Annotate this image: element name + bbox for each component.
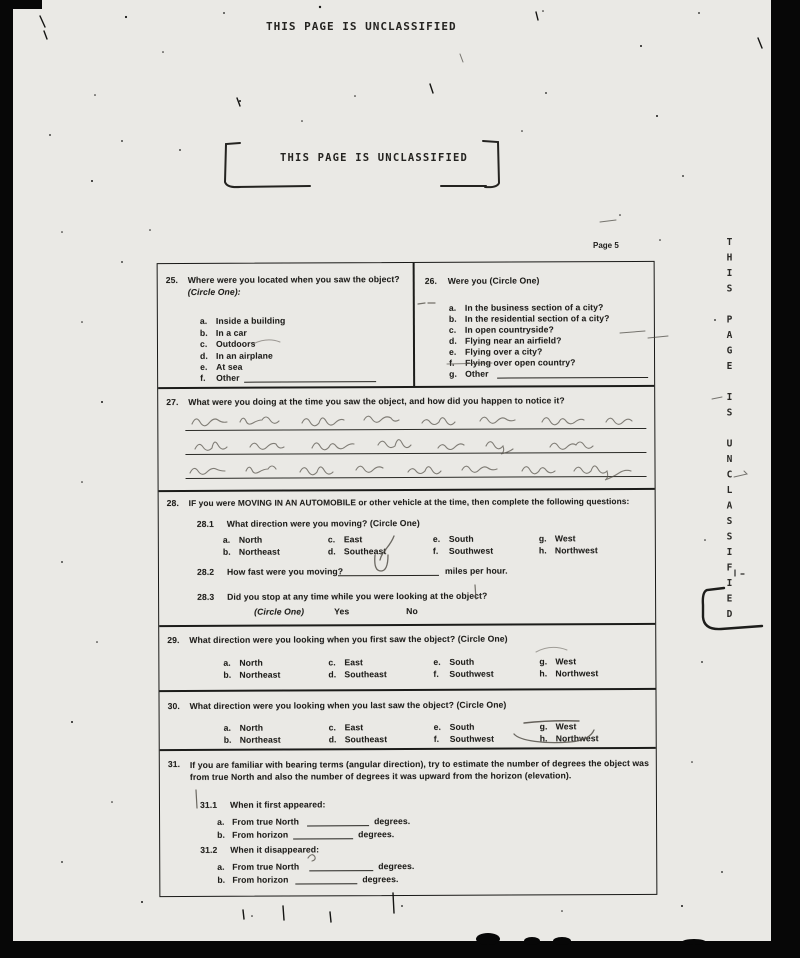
q27-answer-rule (185, 452, 646, 455)
q31-1b-key: b. (217, 830, 225, 840)
q28-1-text: What direction were you moving? (Circle … (227, 518, 420, 529)
q31-1-text: When it first appeared: (230, 799, 325, 809)
questionnaire-form: 25. Where were you located when you saw … (157, 261, 658, 897)
q28-3-number: 28.3 (197, 592, 214, 602)
q30-number: 30. (168, 701, 180, 711)
q28-3-no: No (406, 606, 418, 616)
dir-label: Northeast (239, 547, 280, 557)
q31-2a-key: a. (217, 862, 224, 872)
dir-key: f. (434, 734, 439, 744)
scan-edge-left (0, 0, 13, 958)
q28-2-blank (338, 566, 439, 576)
q27-text: What were you doing at the time you saw … (188, 395, 564, 407)
q31-1-number: 31.1 (200, 800, 217, 810)
q30-direction-options: a.North b.Northeast c.East d.Southeast e… (160, 721, 656, 747)
dir-label: West (555, 656, 576, 666)
dir-label: Southwest (450, 734, 494, 744)
section-divider (159, 623, 655, 627)
q26-option-label: In the residential section of a city? (465, 313, 610, 324)
q29-direction-options: a.North b.Northeast c.East d.Southeast e… (159, 656, 655, 682)
q31-2-number: 31.2 (200, 845, 217, 855)
q26-text: Were you (Circle One) (448, 275, 540, 285)
q31-1b-blank (293, 829, 353, 839)
q27-number: 27. (166, 397, 178, 407)
q26-option-key: c. (449, 325, 456, 335)
dir-key: a. (223, 535, 230, 545)
section-divider (158, 385, 654, 389)
q28-1-direction-options: a.North b.Northeast c.East d.Southeast e… (159, 533, 655, 559)
q29-text: What direction were you looking when you… (189, 634, 507, 645)
dir-label: West (556, 721, 577, 731)
q25-option-key: f. (200, 373, 205, 383)
q25-other-blank (244, 372, 376, 383)
q28-2-number: 28.2 (197, 567, 214, 577)
dir-label: North (239, 535, 262, 545)
section-divider (159, 688, 655, 692)
q31-1b-degrees: degrees. (358, 829, 394, 839)
dir-key: b. (223, 547, 231, 557)
dir-key: d. (328, 669, 336, 679)
q31-1a-label: From true North (232, 816, 299, 826)
q27-answer-rule (185, 428, 646, 431)
dir-label: Southwest (449, 669, 493, 679)
q31-text: If you are familiar with bearing terms (… (190, 757, 652, 783)
dir-key: g. (539, 533, 547, 543)
top-unclassified-stamp: THIS PAGE IS UNCLASSIFIED (266, 20, 457, 33)
dir-key: c. (329, 722, 336, 732)
boxed-unclassified-stamp: THIS PAGE IS UNCLASSIFIED (280, 152, 468, 164)
section-divider (160, 747, 656, 751)
q25-option-key: c. (200, 339, 207, 349)
q26-option-label: Flying near an airfield? (465, 335, 562, 345)
q25-text: Where were you located when you saw the … (188, 274, 400, 285)
q26-option-key: a. (449, 303, 456, 313)
dir-key: e. (433, 534, 440, 544)
q25-circle-one: (Circle One): (188, 287, 241, 297)
q25-number: 25. (166, 275, 178, 285)
dir-key: h. (539, 545, 547, 555)
q26-option-key: b. (449, 314, 457, 324)
dir-label: Southeast (345, 734, 387, 744)
q31-2b-key: b. (217, 875, 225, 885)
dir-label: Southeast (344, 546, 386, 556)
dir-label: Northeast (239, 670, 280, 680)
q25-option-label: Inside a building (216, 316, 286, 326)
q25-option-key: e. (200, 362, 207, 372)
q28-1-number: 28.1 (197, 519, 214, 529)
dir-label: East (344, 657, 363, 667)
dir-key: c. (328, 534, 335, 544)
dir-label: Southeast (344, 669, 386, 679)
dir-label: South (449, 534, 474, 544)
dir-key: f. (433, 546, 438, 556)
q25-option-label: At sea (216, 362, 242, 372)
scan-edge-top-left (0, 0, 42, 9)
q31-2b-degrees: degrees. (362, 874, 398, 884)
q28-3-yes: Yes (334, 606, 349, 616)
dir-label: Northeast (240, 735, 281, 745)
dir-key: a. (223, 658, 230, 668)
scanned-document-page: THIS PAGE IS UNCLASSIFIED THIS PAGE IS U… (0, 0, 800, 958)
dir-label: Northwest (556, 733, 599, 743)
q26-option-label: Other (465, 369, 488, 379)
dir-label: Southwest (449, 546, 493, 556)
scan-edge-bottom (0, 941, 800, 958)
q26-option-key: g. (449, 369, 457, 379)
q31-2a-degrees: degrees. (378, 861, 414, 871)
q28-2-suffix: miles per hour. (445, 566, 508, 576)
dir-key: g. (540, 721, 548, 731)
q31-2a-label: From true North (232, 861, 299, 871)
dir-label: East (345, 722, 364, 732)
dir-label: East (344, 534, 363, 544)
q26-option-label: Flying over open country? (465, 357, 575, 367)
q25-option-label: In an airplane (216, 351, 273, 361)
q28-number: 28. (167, 498, 179, 508)
dir-key: b. (224, 735, 232, 745)
dir-label: South (449, 657, 474, 667)
q31-2b-blank (295, 874, 357, 884)
side-unclassified-stamp: THIS PAGE IS UNCLASSIFIED (724, 237, 735, 625)
dir-key: f. (433, 669, 438, 679)
section-divider (159, 488, 655, 492)
dir-key: e. (434, 722, 441, 732)
q30-text: What direction were you looking when you… (190, 700, 507, 711)
dir-label: South (450, 722, 475, 732)
q28-3-circle-one: (Circle One) (254, 606, 304, 616)
dir-key: b. (223, 670, 231, 680)
dir-key: e. (433, 657, 440, 667)
q26-option-label: Flying over a city? (465, 346, 542, 356)
dir-label: North (239, 658, 262, 668)
q25-option-label: Other (216, 373, 239, 383)
dir-key: g. (539, 656, 547, 666)
q31-2-text: When it disappeared: (230, 844, 319, 854)
dir-key: d. (329, 734, 337, 744)
dir-label: West (555, 533, 576, 543)
q31-1b-label: From horizon (232, 830, 288, 840)
q31-1a-blank (307, 816, 369, 826)
scan-edge-right (771, 0, 800, 958)
dir-key: c. (328, 657, 335, 667)
q25-option-label: In a car (216, 328, 247, 338)
q26-option-key: d. (449, 336, 457, 346)
q25-option-label: Outdoors (216, 339, 256, 349)
q31-2b-label: From horizon (232, 875, 288, 885)
q26-option-key: e. (449, 347, 456, 357)
q26-number: 26. (425, 276, 437, 286)
dir-key: h. (539, 668, 547, 678)
q26-option-label: In open countryside? (465, 324, 554, 334)
q25-option-key: a. (200, 316, 207, 326)
page-number: Page 5 (593, 241, 619, 250)
dir-key: h. (540, 733, 548, 743)
dir-label: Northwest (555, 545, 598, 555)
q25-option-key: b. (200, 328, 208, 338)
q29-number: 29. (167, 635, 179, 645)
dir-label: North (240, 723, 263, 733)
q31-1a-key: a. (217, 817, 224, 827)
q31-1a-degrees: degrees. (374, 816, 410, 826)
q31-number: 31. (168, 759, 180, 769)
dir-key: d. (328, 546, 336, 556)
q26-other-blank (497, 368, 648, 379)
q26-option-key: f. (449, 358, 454, 368)
dir-key: a. (224, 723, 231, 733)
q26-option-label: In the business section of a city? (465, 302, 604, 313)
q28-text: IF you were MOVING IN AN AUTOMOBILE or o… (189, 496, 630, 508)
q28-3-text: Did you stop at any time while you were … (227, 591, 487, 602)
q25-option-key: d. (200, 351, 208, 361)
q28-2-text: How fast were you moving? (227, 566, 343, 577)
q31-2a-blank (309, 861, 373, 871)
q27-answer-rule (186, 476, 647, 479)
dir-label: Northwest (555, 668, 598, 678)
q25-q26-divider (413, 263, 415, 386)
